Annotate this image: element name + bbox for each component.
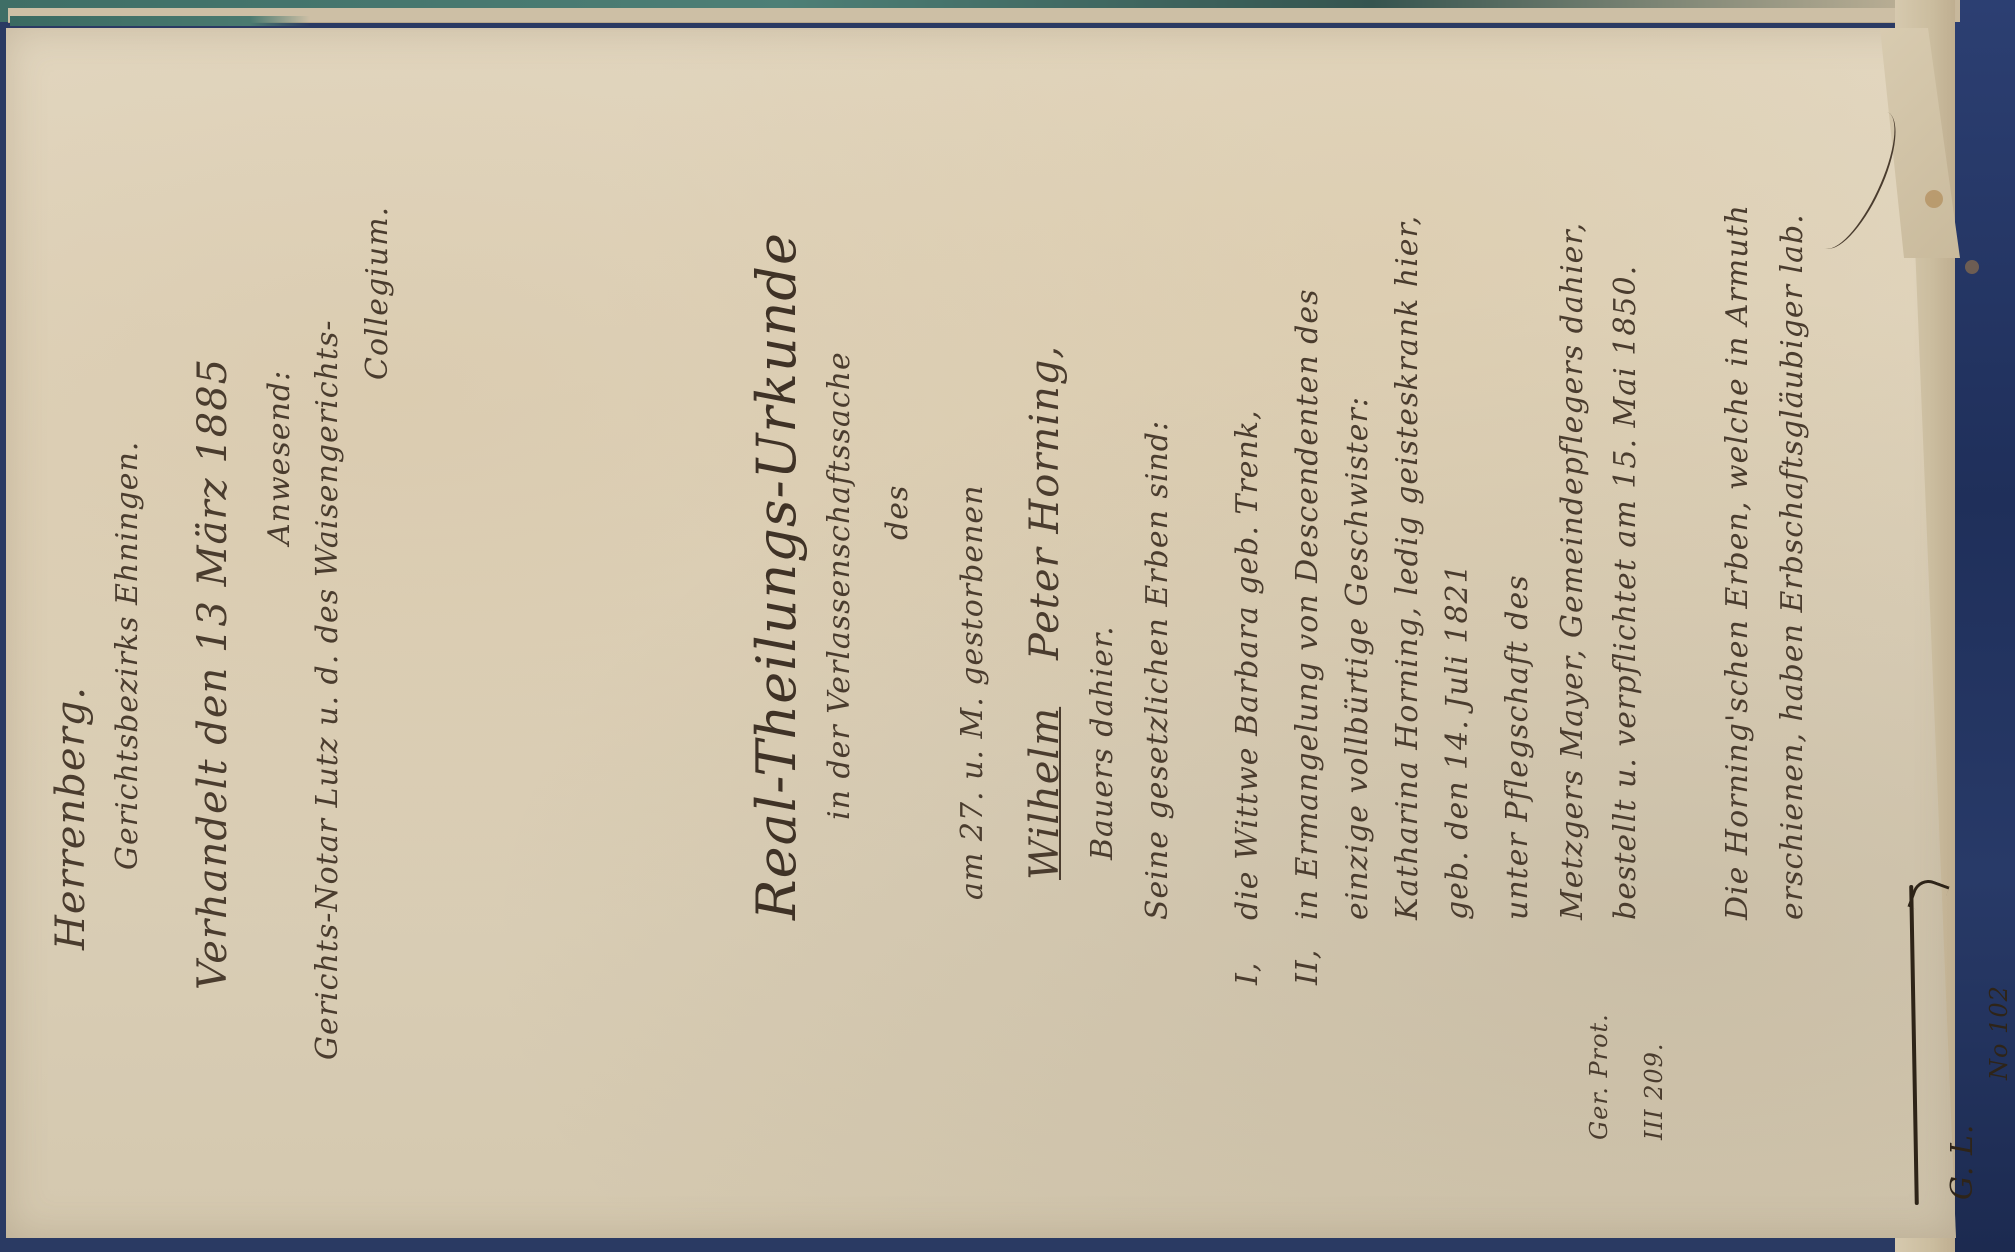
heir-2-line-5: unter Pflegschaft des (1500, 574, 1535, 920)
heir-2-numeral: II, (1290, 949, 1325, 985)
date-line: Verhandelt den 13 März 1885 (190, 358, 236, 990)
deceased-occupation: Bauers dahier. (1085, 625, 1120, 860)
court-district: Gerichtsbezirks Ehningen. (110, 441, 145, 870)
heir-2-line-2: einzige vollbürtige Geschwister: (1340, 396, 1375, 920)
heir-2-line-7: bestellt u. verpflichtet am 15. Mai 1850… (1608, 265, 1643, 920)
closing-line-1: Die Horning'schen Erben, welche in Armut… (1720, 204, 1755, 920)
place-heading: Herrenberg. (48, 686, 94, 950)
ink-stain (1925, 190, 1943, 208)
heir-1: die Wittwe Barbara geb. Trenk, (1230, 409, 1265, 920)
deceased-surname: Peter Horning, (1022, 345, 1068, 660)
heir-2-line-6: Metzgers Mayer, Gemeindepflegers dahier, (1555, 222, 1590, 920)
title-des: des (880, 485, 915, 540)
document-title: Real-Theilungs-Urkunde (745, 232, 808, 920)
heir-1-numeral: I, (1230, 962, 1265, 985)
margin-note-line-1: Ger. Prot. (1585, 1013, 1613, 1140)
margin-note-line-2: III 209. (1640, 1042, 1668, 1140)
closing-line-2: erschienen, haben Erbschaftsgläubiger la… (1775, 213, 1810, 920)
heirs-intro: Seine gesetzlichen Erben sind: (1140, 420, 1175, 920)
signature-initials: G. L. (1945, 1124, 1980, 1200)
heir-2-line-3: Katharina Horning, ledig geisteskrank hi… (1390, 215, 1425, 920)
heir-2-line-4: geb. den 14. Juli 1821 (1440, 563, 1475, 920)
book-cover-edge-lower (10, 16, 310, 26)
ink-stain (1965, 260, 1979, 274)
deceased-first-name: Wilhelm (1022, 707, 1068, 880)
present-label: Anwesend: (262, 370, 297, 545)
deceased-date-line: am 27. u. M. gestorbenen (955, 485, 990, 900)
present-persons-cont: Collegium. (360, 206, 395, 380)
heir-2-line-1: in Ermangelung von Descendenten des (1290, 288, 1325, 920)
present-persons: Gerichts-Notar Lutz u. d. des Waisengeri… (310, 320, 345, 1060)
title-subline: in der Verlassenschaftssache (822, 351, 857, 820)
signature-number: No 102 (1985, 985, 2013, 1080)
